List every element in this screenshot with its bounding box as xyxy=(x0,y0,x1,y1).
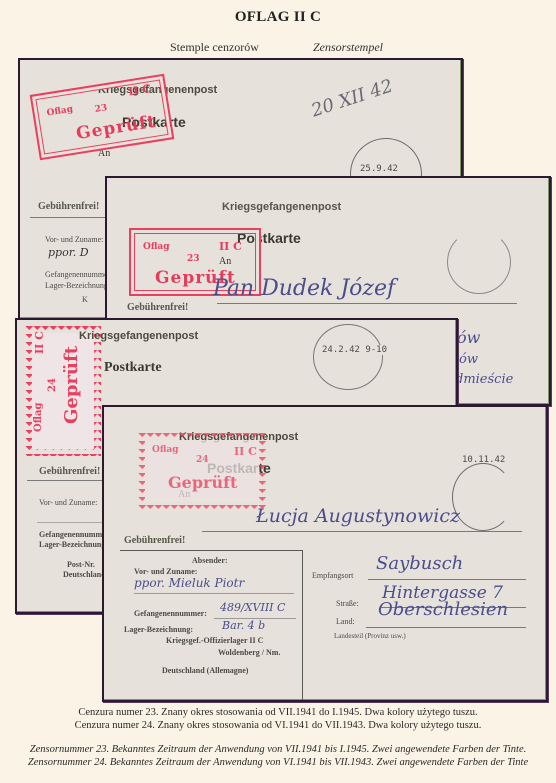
address-country: Oberschlesien xyxy=(378,599,508,620)
sender-name-label: Vor- und Zuname: xyxy=(45,235,103,244)
postmark-date: 10.11.42 xyxy=(462,455,505,465)
caption-german: Zensornummer 23. Bekanntes Zeitraum der … xyxy=(0,743,556,769)
postcard-header: Kriegsgefangenenpost xyxy=(79,330,198,342)
address-city: Saybusch xyxy=(376,553,463,574)
censor-stamp-24: Oflag 24 II C Geprüft xyxy=(138,433,266,509)
postcard-type: Postkarte xyxy=(104,360,162,376)
sender-name: ppor. D xyxy=(48,246,89,259)
recipient-name: Pan Dudek Józef xyxy=(213,276,395,301)
fee-label: Gebührenfrei! xyxy=(38,201,99,212)
postmark xyxy=(313,324,383,390)
postmark xyxy=(452,463,514,531)
postcard-header: Kriegsgefangenenpost xyxy=(222,201,341,213)
recipient-name: Łucja Augustynowicz xyxy=(256,505,460,527)
postcard-4: Kriegsgefangenenpost Postkarte An Oflag … xyxy=(102,405,548,702)
caption-polish: Cenzura numer 23. Znany okres stosowania… xyxy=(0,706,556,732)
fee-label: Gebührenfrei! xyxy=(124,535,185,546)
subtitle-german: Zensorstempel xyxy=(313,40,383,55)
page-title: OFLAG II C xyxy=(0,9,556,26)
handwritten-date: 20 XII 42 xyxy=(309,75,396,121)
fee-label: Gebührenfrei! xyxy=(127,302,188,313)
prisoner-number: 489/XVIII C xyxy=(220,601,285,614)
postmark-date: 24.2.42 9-10 xyxy=(322,345,387,355)
subtitle-polish: Stemple cenzorów xyxy=(170,40,259,55)
sender-name: ppor. Mieluk Piotr xyxy=(134,576,244,590)
postmark-date: 25.9.42 xyxy=(360,164,398,174)
camp-designation: Bar. 4 b xyxy=(222,619,265,632)
fee-label: Gebührenfrei! xyxy=(39,466,100,477)
censor-stamp-24: Oflag 24 II C Geprüft xyxy=(25,326,101,456)
postmark xyxy=(447,230,511,294)
censor-stamp-23: Oflag 23 II C Geprüft xyxy=(30,74,175,160)
